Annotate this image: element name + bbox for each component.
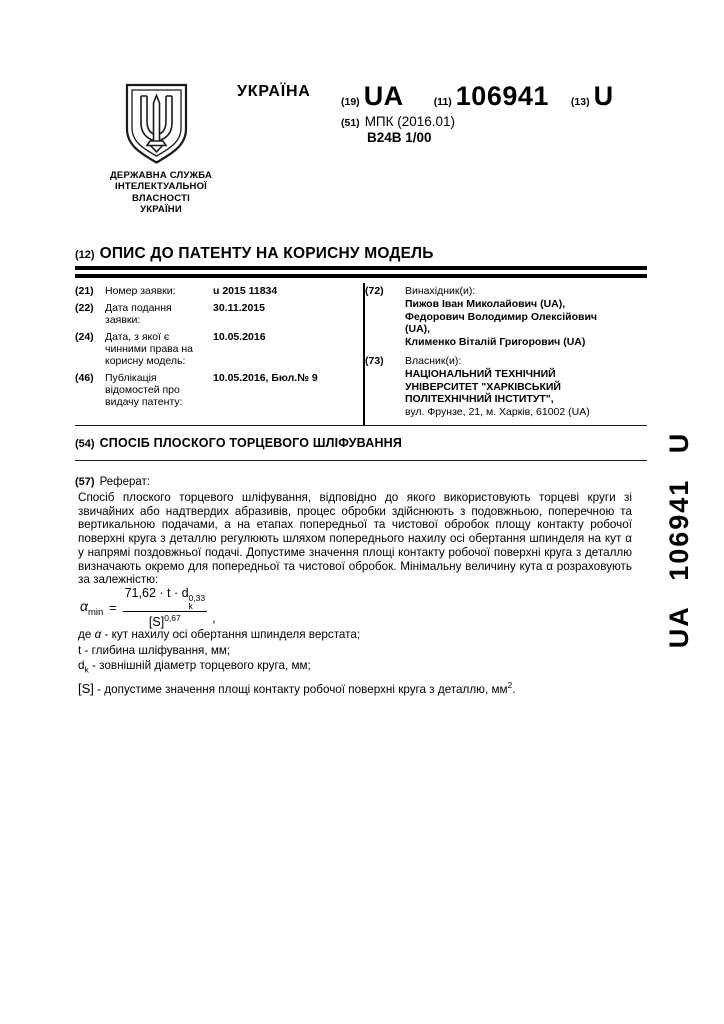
fraction: 71,62 · t · d0,33k [S]0,67: [123, 586, 207, 629]
biblio-row-21: (21) Номер заявки: u 2015 11834: [75, 285, 355, 297]
agency-line: ІНТЕЛЕКТУАЛЬНОЇ: [88, 181, 234, 192]
row-code: (72): [365, 285, 405, 348]
effective-date: 10.05.2016: [213, 331, 355, 367]
abstract-text: Спосіб плоского торцевого шліфування, ві…: [78, 491, 632, 587]
owner-name: ПОЛІТЕХНІЧНИЙ ІНСТИТУТ",: [405, 393, 647, 405]
row-code: (21): [75, 285, 105, 297]
double-rule: [75, 266, 647, 278]
formula: αmin = 71,62 · t · d0,33k [S]0,67 ,: [80, 586, 216, 629]
code-51-label: (51): [341, 117, 360, 129]
formula-lhs: αmin: [80, 598, 103, 618]
invention-title: СПОСІБ ПЛОСКОГО ТОРЦЕВОГО ШЛІФУВАННЯ: [100, 436, 403, 450]
side-patent-number: UA 106941 U: [664, 390, 696, 690]
biblio-row-46: (46) Публікація відомостей про видачу па…: [75, 372, 355, 408]
biblio-right-column: (72) Винахідник(и): Пижов Іван Миколайов…: [365, 285, 647, 425]
owner-address: вул. Фрунзе, 21, м. Харків, 61002 (UA): [405, 406, 647, 418]
owners-label: Власник(и):: [405, 355, 647, 367]
inventor-name: Федорович Володимир Олексійович: [405, 311, 647, 323]
inventor-name: (UA),: [405, 323, 647, 335]
agency-line: ВЛАСНОСТІ: [88, 193, 234, 204]
biblio-row-22: (22) Дата подання заявки: 30.11.2015: [75, 302, 355, 326]
bibliographic-section: (21) Номер заявки: u 2015 11834 (22) Дат…: [75, 283, 647, 425]
definition-t: t - глибина шліфування, мм;: [78, 644, 638, 657]
abstract-heading: (57) Реферат:: [75, 476, 150, 488]
trident-icon: [124, 83, 189, 167]
document-type-heading: (12) ОПИС ДО ПАТЕНТУ НА КОРИСНУ МОДЕЛЬ: [75, 245, 434, 263]
patent-number: 106941: [456, 82, 549, 110]
agency-line: УКРАЇНИ: [88, 204, 234, 215]
inventors-block: (72) Винахідник(и): Пижов Іван Миколайов…: [365, 285, 647, 348]
country-title: УКРАЇНА: [237, 83, 311, 101]
rule-below-title: [75, 460, 647, 461]
owner-name: НАЦІОНАЛЬНИЙ ТЕХНІЧНИЙ: [405, 368, 647, 380]
application-number: u 2015 11834: [213, 285, 355, 297]
rule-above-title: [75, 425, 647, 426]
inventor-name: Пижов Іван Миколайович (UA),: [405, 298, 647, 310]
agency-name: ДЕРЖАВНА СЛУЖБА ІНТЕЛЕКТУАЛЬНОЇ ВЛАСНОСТ…: [88, 170, 234, 215]
fraction-denominator: [S]0,67: [123, 611, 207, 629]
row-label: Номер заявки:: [105, 285, 213, 297]
fraction-numerator: 71,62 · t · d0,33k: [123, 586, 207, 611]
ipc-edition: МПК (2016.01): [365, 114, 455, 129]
kind-code: U: [594, 82, 614, 110]
symbol-definitions: де α - кут нахилу осі обертання шпинделя…: [78, 628, 638, 699]
row-label: Дата подання заявки:: [105, 302, 213, 326]
definition-alpha: де α - кут нахилу осі обертання шпинделя…: [78, 628, 638, 641]
abstract-label-text: Реферат:: [100, 476, 150, 488]
inventors-label: Винахідник(и):: [405, 285, 647, 297]
code-19-label: (19): [341, 96, 360, 108]
row-code: (22): [75, 302, 105, 326]
agency-line: ДЕРЖАВНА СЛУЖБА: [88, 170, 234, 181]
code-12-label: (12): [75, 249, 95, 261]
biblio-row-24: (24) Дата, з якої є чинними права на кор…: [75, 331, 355, 367]
code-57-label: (57): [75, 476, 95, 488]
row-code: (46): [75, 372, 105, 408]
code-11-label: (11): [434, 96, 452, 108]
biblio-left-column: (21) Номер заявки: u 2015 11834 (22) Дат…: [75, 285, 355, 413]
code-13-label: (13): [571, 96, 590, 108]
definition-dk: dk - зовнішній діаметр торцевого круга, …: [78, 659, 638, 676]
patent-number-line: (19) UA (11) 106941 (13) U: [341, 82, 614, 110]
code-54-label: (54): [75, 438, 95, 450]
definition-s: [S] - допустиме значення площі контакту …: [78, 679, 638, 696]
owner-name: УНІВЕРСИТЕТ "ХАРКІВСЬКИЙ: [405, 381, 647, 393]
code-19-value: UA: [364, 82, 404, 110]
publication-info: 10.05.2016, Бюл.№ 9: [213, 372, 355, 408]
row-code: (24): [75, 331, 105, 367]
inventor-name: Клименко Віталій Григорович (UA): [405, 336, 647, 348]
formula-comma: ,: [212, 611, 215, 629]
invention-title-line: (54) СПОСІБ ПЛОСКОГО ТОРЦЕВОГО ШЛІФУВАНН…: [75, 436, 402, 450]
row-code: (73): [365, 355, 405, 418]
row-label: Дата, з якої є чинними права на корисну …: [105, 331, 213, 367]
row-label: Публікація відомостей про видачу патенту…: [105, 372, 213, 408]
ukraine-trident-emblem: [124, 83, 189, 167]
equals-sign: =: [109, 601, 116, 615]
owners-block: (73) Власник(и): НАЦІОНАЛЬНИЙ ТЕХНІЧНИЙ …: [365, 355, 647, 418]
ipc-line: (51) МПК (2016.01): [341, 114, 455, 129]
ipc-class: B24B 1/00: [367, 130, 432, 145]
filing-date: 30.11.2015: [213, 302, 355, 326]
document-type-title: ОПИС ДО ПАТЕНТУ НА КОРИСНУ МОДЕЛЬ: [100, 245, 434, 263]
